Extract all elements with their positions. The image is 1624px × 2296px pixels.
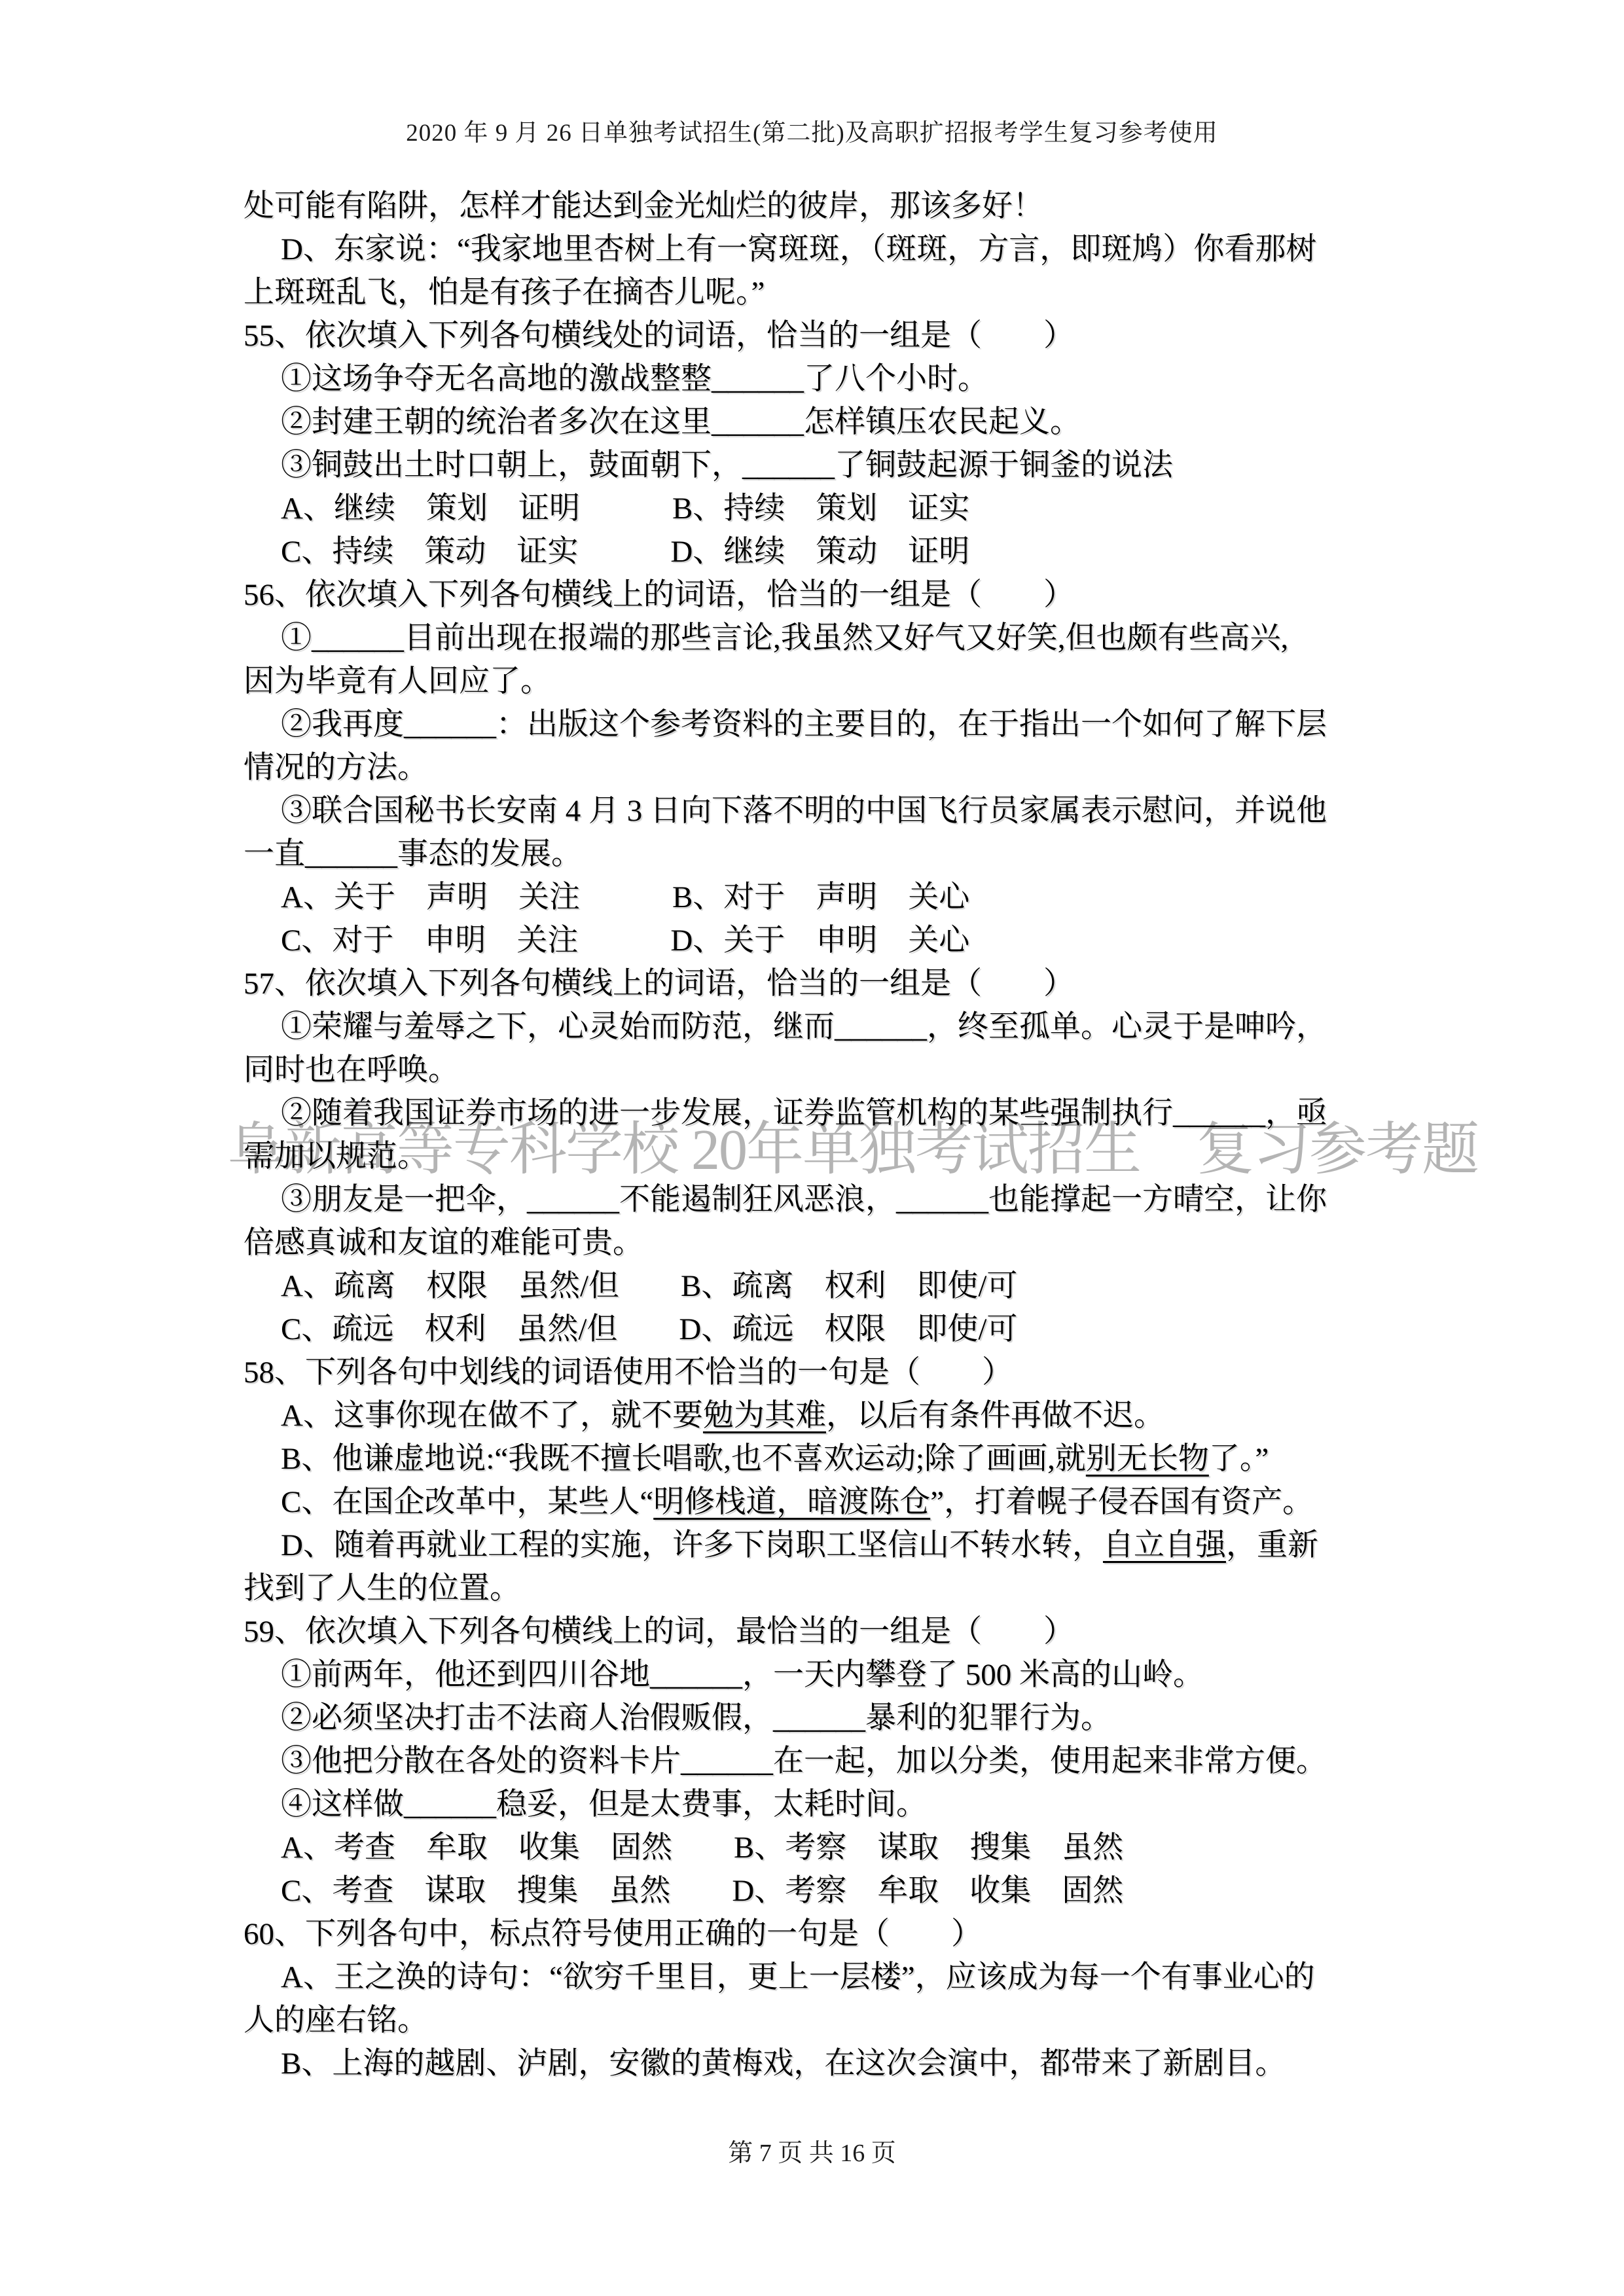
text-line: ①前两年，他还到四川谷地______，一天内攀登了 500 米高的山岭。 (244, 1653, 1441, 1696)
text-line: D、东家说：“我家地里杏树上有一窝斑斑，（斑斑，方言，即斑鸠）你看那树 (244, 228, 1441, 271)
document-header: 2020 年 9 月 26 日单独考试招生(第二批)及高职扩招报考学生复习参考使… (0, 113, 1624, 148)
text-line: 情况的方法。 (244, 746, 1441, 789)
text-line: A、这事你现在做不了，就不要勉为其难，以后有条件再做不迟。 (244, 1394, 1441, 1437)
text-line: ①荣耀与羞辱之下，心灵始而防范，继而______，终至孤单。心灵于是呻吟， (244, 1005, 1441, 1049)
text-line: 上斑斑乱飞，怕是有孩子在摘杏儿呢。” (244, 271, 1441, 314)
text-line: 55、依次填入下列各句横线处的词语，恰当的一组是（ ） (244, 314, 1441, 357)
text-line: 倍感真诚和友谊的难能可贵。 (244, 1221, 1441, 1265)
text-line: 一直______事态的发展。 (244, 833, 1441, 876)
text-line: C、持续 策动 证实 D、继续 策动 证明 (244, 530, 1441, 573)
text-line: C、疏远 权利 虽然/但 D、疏远 权限 即使/可 (244, 1308, 1441, 1351)
text-line: A、考查 牟取 收集 固然 B、考察 谋取 搜集 虽然 (244, 1826, 1441, 1869)
text-line: ②我再度______：出版这个参考资料的主要目的，在于指出一个如何了解下层 (244, 703, 1441, 746)
text-line: B、他谦虚地说:“我既不擅长唱歌,也不喜欢运动;除了画画,就别无长物了。” (244, 1437, 1441, 1480)
text-line: 需加以规范。 (244, 1135, 1441, 1178)
text-line: C、在国企改革中，某些人“明修栈道，暗渡陈仓”，打着幌子侵吞国有资产。 (244, 1480, 1441, 1524)
text-line: ③铜鼓出土时口朝上，鼓面朝下，______了铜鼓起源于铜釜的说法 (244, 444, 1441, 487)
text-line: 58、下列各句中划线的词语使用不恰当的一句是（ ） (244, 1351, 1441, 1394)
text-line: A、王之涣的诗句：“欲穷千里目，更上一层楼”，应该成为每一个有事业心的 (244, 1956, 1441, 1999)
text-line: ①这场争夺无名高地的激战整整______了八个小时。 (244, 357, 1441, 401)
text-line: A、关于 声明 关注 B、对于 声明 关心 (244, 876, 1441, 919)
page-number: 第 7 页 共 16 页 (0, 2132, 1624, 2168)
text-line: ②封建王朝的统治者多次在这里______怎样镇压农民起义。 (244, 401, 1441, 444)
text-line: 同时也在呼唤。 (244, 1049, 1441, 1092)
text-line: 56、依次填入下列各句横线上的词语，恰当的一组是（ ） (244, 573, 1441, 617)
text-line: C、考查 谋取 搜集 虽然 D、考察 牟取 收集 固然 (244, 1869, 1441, 1912)
text-line: 59、依次填入下列各句横线上的词，最恰当的一组是（ ） (244, 1610, 1441, 1653)
exam-paper-page: 2020 年 9 月 26 日单独考试招生(第二批)及高职扩招报考学生复习参考使… (0, 0, 1624, 2296)
question-lines: 处可能有陷阱，怎样才能达到金光灿烂的彼岸，那该多好！D、东家说：“我家地里杏树上… (244, 185, 1441, 2085)
text-line: 57、依次填入下列各句横线上的词语，恰当的一组是（ ） (244, 962, 1441, 1005)
text-line: D、随着再就业工程的实施，许多下岗职工坚信山不转水转，自立自强，重新 (244, 1524, 1441, 1567)
text-line: B、上海的越剧、泸剧，安徽的黄梅戏，在这次会演中，都带来了新剧目。 (244, 2042, 1441, 2085)
text-line: 处可能有陷阱，怎样才能达到金光灿烂的彼岸，那该多好！ (244, 185, 1441, 228)
text-line: C、对于 申明 关注 D、关于 申明 关心 (244, 919, 1441, 962)
text-line: ④这样做______稳妥，但是太费事，太耗时间。 (244, 1783, 1441, 1826)
text-line: ③他把分散在各处的资料卡片______在一起，加以分类，使用起来非常方便。 (244, 1740, 1441, 1783)
text-line: A、疏离 权限 虽然/但 B、疏离 权利 即使/可 (244, 1265, 1441, 1308)
text-line: 人的座右铭。 (244, 1999, 1441, 2042)
text-line: 因为毕竟有人回应了。 (244, 660, 1441, 703)
text-line: ③联合国秘书长安南 4 月 3 日向下落不明的中国飞行员家属表示慰问，并说他 (244, 789, 1441, 833)
text-line: 找到了人生的位置。 (244, 1567, 1441, 1610)
text-line: ②随着我国证券市场的进一步发展，证券监管机构的某些强制执行______，亟 (244, 1092, 1441, 1135)
text-line: A、继续 策划 证明 B、持续 策划 证实 (244, 487, 1441, 530)
text-line: ③朋友是一把伞，______不能遏制狂风恶浪，______也能撑起一方晴空，让你 (244, 1178, 1441, 1221)
text-line: ①______目前出现在报端的那些言论,我虽然又好气又好笑,但也颇有些高兴, (244, 617, 1441, 660)
text-line: 60、下列各句中，标点符号使用正确的一句是（ ） (244, 1912, 1441, 1956)
text-line: ②必须坚决打击不法商人治假贩假，______暴利的犯罪行为。 (244, 1696, 1441, 1740)
